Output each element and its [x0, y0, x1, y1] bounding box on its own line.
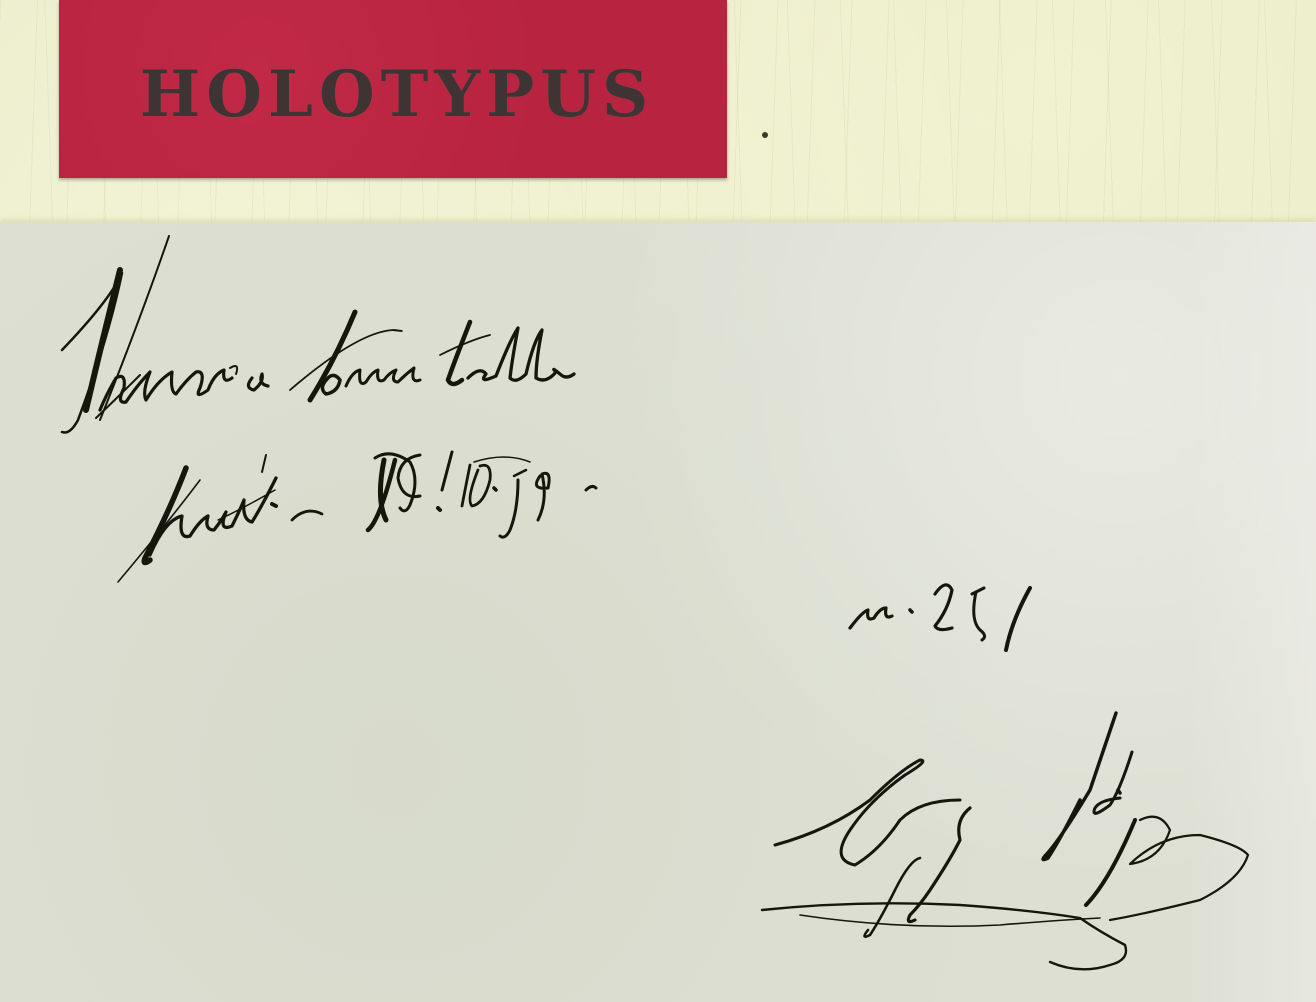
paper-speck — [762, 132, 768, 138]
handwritten-label-paper — [0, 222, 1316, 1002]
herbarium-sheet: HOLOTYPUS Vernonia tomentella Mart! – DC… — [0, 0, 1316, 1002]
holotype-text: HOLOTYPUS — [140, 57, 654, 132]
holotype-label: HOLOTYPUS — [59, 0, 727, 178]
